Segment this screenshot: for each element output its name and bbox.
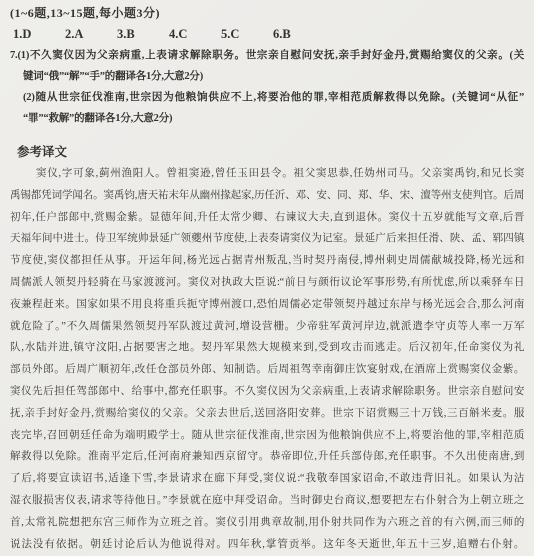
answer-item-5: 5.C [221, 23, 273, 45]
answer-item-3: 3.B [117, 23, 169, 45]
translation-line: 解救得以免除。淮南平定后,任河南府兼知西京留守。恭帝即位,升任兵部侍郎,充任职事… [10, 446, 524, 468]
translation-line: 队,水陆并进,镇守汶阳,占据要害之地。契丹军果然大规模来到,受到攻击而逃走。后汉… [10, 337, 524, 359]
translation-line: 了后,将要宣读诏书,适逢下雪,李景请求在廊下拜受,窦仪说:“我敬奉国家诏命,不敢… [10, 468, 524, 490]
translation-line: 说法没有依据。朝廷讨论后认为他说得对。四年秋,掌管贡举。这年冬天逝世,年五十三岁… [10, 534, 524, 556]
translation-line: 就危险了。”不久周儒果然领契丹军队渡过黄河,增设营栅。少帝驻军黄河岸边,就派遣李… [10, 316, 524, 338]
translation-line: 节度使,窦仪都担任从事。开运年间,杨光远占据青州叛乱,当时契丹南侵,博州刺史周儒… [10, 250, 524, 272]
answer-item-6: 6.B [273, 23, 325, 45]
answer-sheet-page: (1~6题,13~15题,每小题3分) 1.D2.A3.B4.C5.C6.B 7… [0, 0, 534, 556]
answer-item-2: 2.A [65, 23, 117, 45]
translation-line: 抚,亲手封好金丹,赏赐给窦仪的父亲。父亲去世后,送回洛阳安葬。世宗下诏赏赐三十万… [10, 403, 524, 425]
translation-line: 夜兼程赶来。国家如果不用良将重兵扼守博州渡口,恐怕周儒必定带领契丹越过东岸与杨光… [10, 294, 524, 316]
translation-line: 湿衣服损害仪表,请求等待他日。”李景就在庭中拜受诏命。当时御史台商议,想要把左右… [10, 490, 524, 512]
q7-part1-line1: 7.(1)不久窦仪因为父亲病重,上表请求解除职务。世宗亲自慰问安抚,亲手封好金丹… [10, 45, 524, 66]
translation-line: 丧完毕,召回朝廷任命为端明殿学士。随从世宗征伐淮南,世宗因为他粮饷供应不上,将要… [10, 425, 524, 447]
q7-part1-line2: 键词“俄”“解”“手”的翻译各1分,大意2分) [10, 66, 524, 87]
score-note: (1~6题,13~15题,每小题3分) [10, 3, 524, 23]
q7-part2-line2: “罪”“救解”的翻译各1分,大意2分) [10, 108, 524, 129]
translation-line: 周儒派人领契丹轻骑在马家渡渡河。窦仪对执政大臣说:“前日与颜衎议论军事形势,有所… [10, 272, 524, 294]
answer-item-4: 4.C [169, 23, 221, 45]
reference-translation-heading: 参考译文 [17, 141, 524, 163]
translation-line: 天福年间中进士。侍卫军统帅景延广领夔州节度使,上表奏请窦仪为记室。景延广后来担任… [10, 228, 524, 250]
translation-line: 窦仪,字可象,蓟州渔阳人。曾祖窦逊,曾任玉田县令。祖父窦思恭,任妫州司马。父亲窦… [10, 163, 524, 185]
question7-block: 7.(1)不久窦仪因为父亲病重,上表请求解除职务。世宗亲自慰问安抚,亲手封好金丹… [10, 45, 524, 129]
translation-line: 首,太常礼院想把东宫三师作为立班之首。窦仪引用典章故制,用仆射共同作为六班之首的… [10, 512, 524, 534]
translation-line: 禹锡都凭词学闻名。窦禹钧,唐天祐末年从幽州掾起家,历任沂、邓、安、同、郑、华、宋… [10, 185, 524, 207]
translation-line: 初年,任户部郎中,赏赐金紫。显德年间,升任太常少卿、右谏议大夫,直到退休。窦仪十… [10, 207, 524, 229]
translation-line: 部员外郎。后周广顺初年,改任仓部员外郎、知制诰。后周祖驾幸南御庄饮宴射戏,在酒席… [10, 359, 524, 381]
reference-translation-body: 窦仪,字可象,蓟州渔阳人。曾祖窦逊,曾任玉田县令。祖父窦思恭,任妫州司马。父亲窦… [10, 163, 524, 555]
answer-item-1: 1.D [13, 23, 65, 45]
translation-line: 窦仪先后担任驾部郎中、给事中,都充任职事。不久窦仪因为父亲病重,上表请求解除职务… [10, 381, 524, 403]
q7-part2-line1: (2)随从世宗征伐淮南,世宗因为他粮饷供应不上,将要治他的罪,宰相范质解救得以免… [10, 87, 524, 108]
answer-row: 1.D2.A3.B4.C5.C6.B [10, 23, 524, 45]
